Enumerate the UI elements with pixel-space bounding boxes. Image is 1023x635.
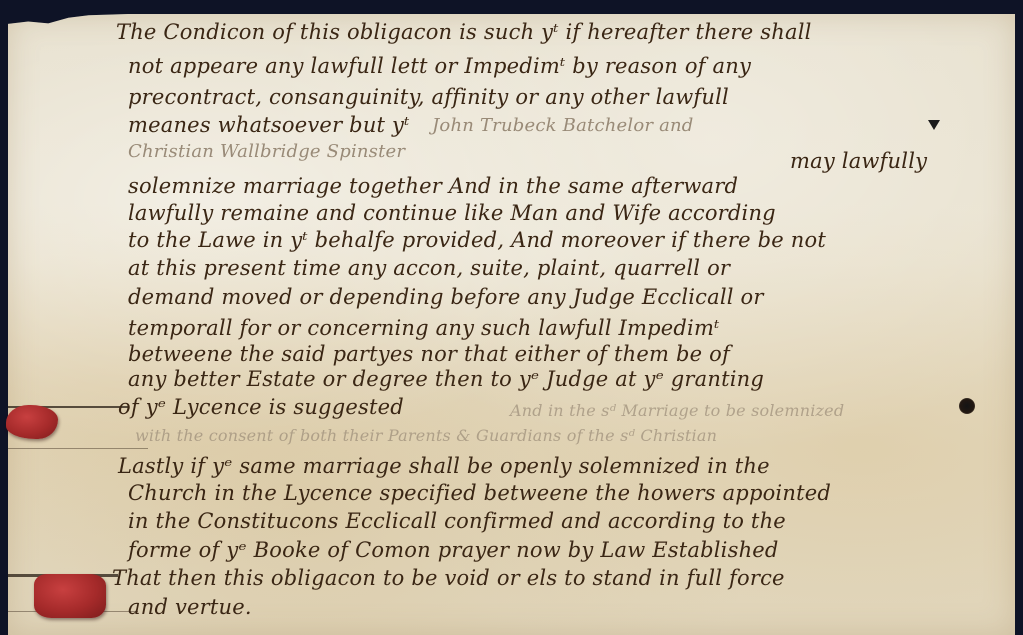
manuscript-line: forme of yᵉ Booke of Comon prayer now by… <box>128 540 779 561</box>
manuscript-line: to the Lawe in yᵗ behalfe provided, And … <box>128 230 826 251</box>
manuscript-line: and vertue. <box>128 597 252 618</box>
manuscript-line: And in the sᵈ Marriage to be solemnized <box>510 403 844 419</box>
document-viewer: The Condicon of this obligacon is such y… <box>0 0 1023 635</box>
manuscript-line: of yᵉ Lycence is suggested <box>118 397 404 418</box>
parchment-hole <box>959 398 975 414</box>
manuscript-line: lawfully remaine and continue like Man a… <box>128 203 776 224</box>
manuscript-line: John Trubeck Batchelor and <box>432 117 694 135</box>
upper-wax-seal-icon <box>6 405 58 439</box>
parchment-tear <box>928 120 940 130</box>
seal-tag-edge-upper <box>8 448 148 449</box>
manuscript-line: any better Estate or degree then to yᵉ J… <box>128 369 764 390</box>
manuscript-line: Church in the Lycence specified betweene… <box>128 483 831 504</box>
manuscript-line: not appeare any lawfull lett or Impedimᵗ… <box>128 56 751 77</box>
manuscript-line: The Condicon of this obligacon is such y… <box>116 22 812 43</box>
manuscript-line: demand moved or depending before any Jud… <box>128 287 764 308</box>
manuscript-line: precontract, consanguinity, affinity or … <box>128 87 729 108</box>
manuscript-line: solemnize marriage together And in the s… <box>128 176 738 197</box>
manuscript-line: temporall for or concerning any such law… <box>128 318 719 339</box>
manuscript-line: betweene the said partyes nor that eithe… <box>128 344 730 365</box>
parchment-sheet: The Condicon of this obligacon is such y… <box>8 14 1015 635</box>
manuscript-line: in the Constitucons Ecclicall confirmed … <box>128 511 786 532</box>
manuscript-line: with the consent of both their Parents &… <box>135 428 717 444</box>
lower-wax-seal-icon <box>34 574 106 618</box>
manuscript-line: meanes whatsoever but yᵗ <box>128 115 410 136</box>
manuscript-line: Christian Wallbridge Spinster <box>128 143 405 161</box>
manuscript-line: at this present time any accon, suite, p… <box>128 258 730 279</box>
manuscript-line: Lastly if yᵉ same marriage shall be open… <box>118 456 770 477</box>
manuscript-line: That then this obligacon to be void or e… <box>112 568 785 589</box>
manuscript-line: may lawfully <box>790 151 927 172</box>
